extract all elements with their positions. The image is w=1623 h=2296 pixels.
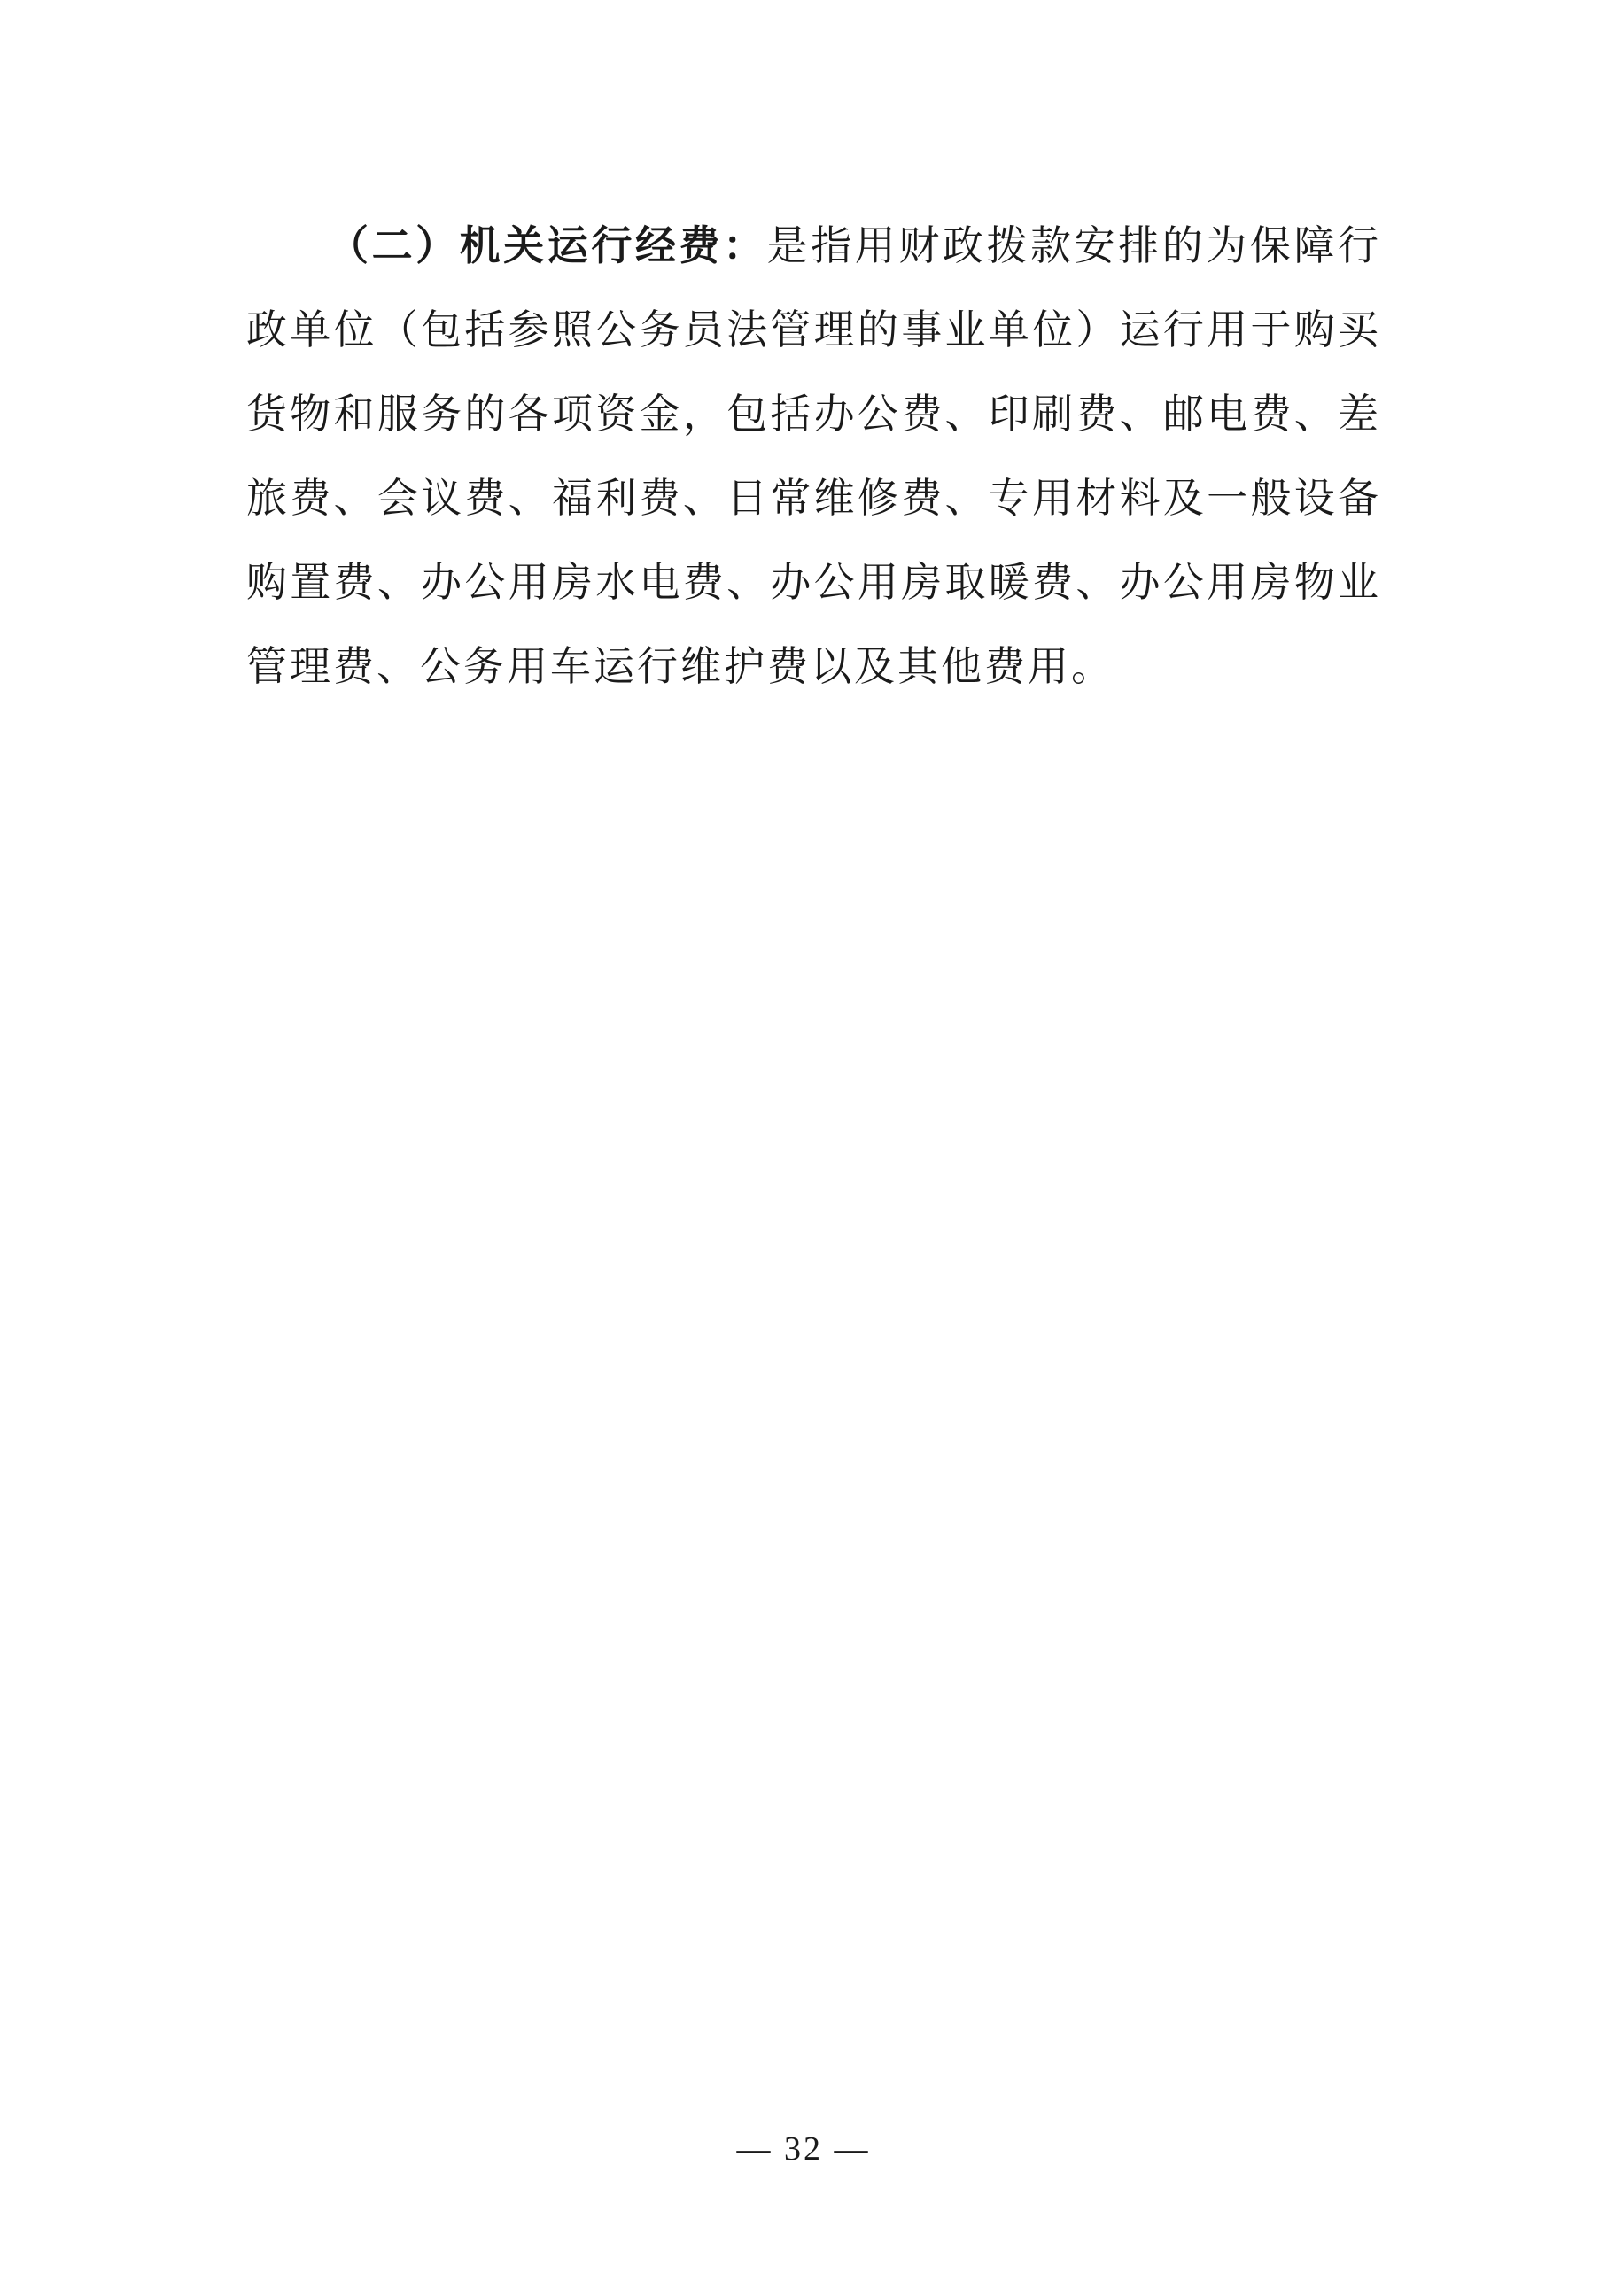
paragraph-line-5: 购置费、办公用房水电费、办公用房取暖费、办公用房物业 <box>246 540 1378 624</box>
paragraph-line-1-rest: 是指用财政拨款安排的为保障行 <box>767 223 1378 268</box>
paragraph-line-3: 货物和服务的各项资金，包括办公费、印刷费、邮电费、差 <box>246 372 1378 456</box>
paragraph-heading: （二）机关运行经费： <box>328 223 767 268</box>
paragraph-line-6: 管理费、公务用车运行维护费以及其他费用。 <box>246 624 1378 709</box>
paragraph-line-1: （二）机关运行经费：是指用财政拨款安排的为保障行 <box>246 204 1378 288</box>
document-page: （二）机关运行经费：是指用财政拨款安排的为保障行 政单位（包括参照公务员法管理的… <box>0 0 1623 2296</box>
page-footer: — 32 — <box>0 2129 1607 2168</box>
paragraph-line-2: 政单位（包括参照公务员法管理的事业单位）运行用于购买 <box>246 288 1378 372</box>
page-number: — 32 — <box>737 2130 871 2168</box>
paragraph-block: （二）机关运行经费：是指用财政拨款安排的为保障行 政单位（包括参照公务员法管理的… <box>246 204 1378 709</box>
paragraph-line-4: 旅费、会议费、福利费、日常维修费、专用材料及一般设备 <box>246 456 1378 540</box>
